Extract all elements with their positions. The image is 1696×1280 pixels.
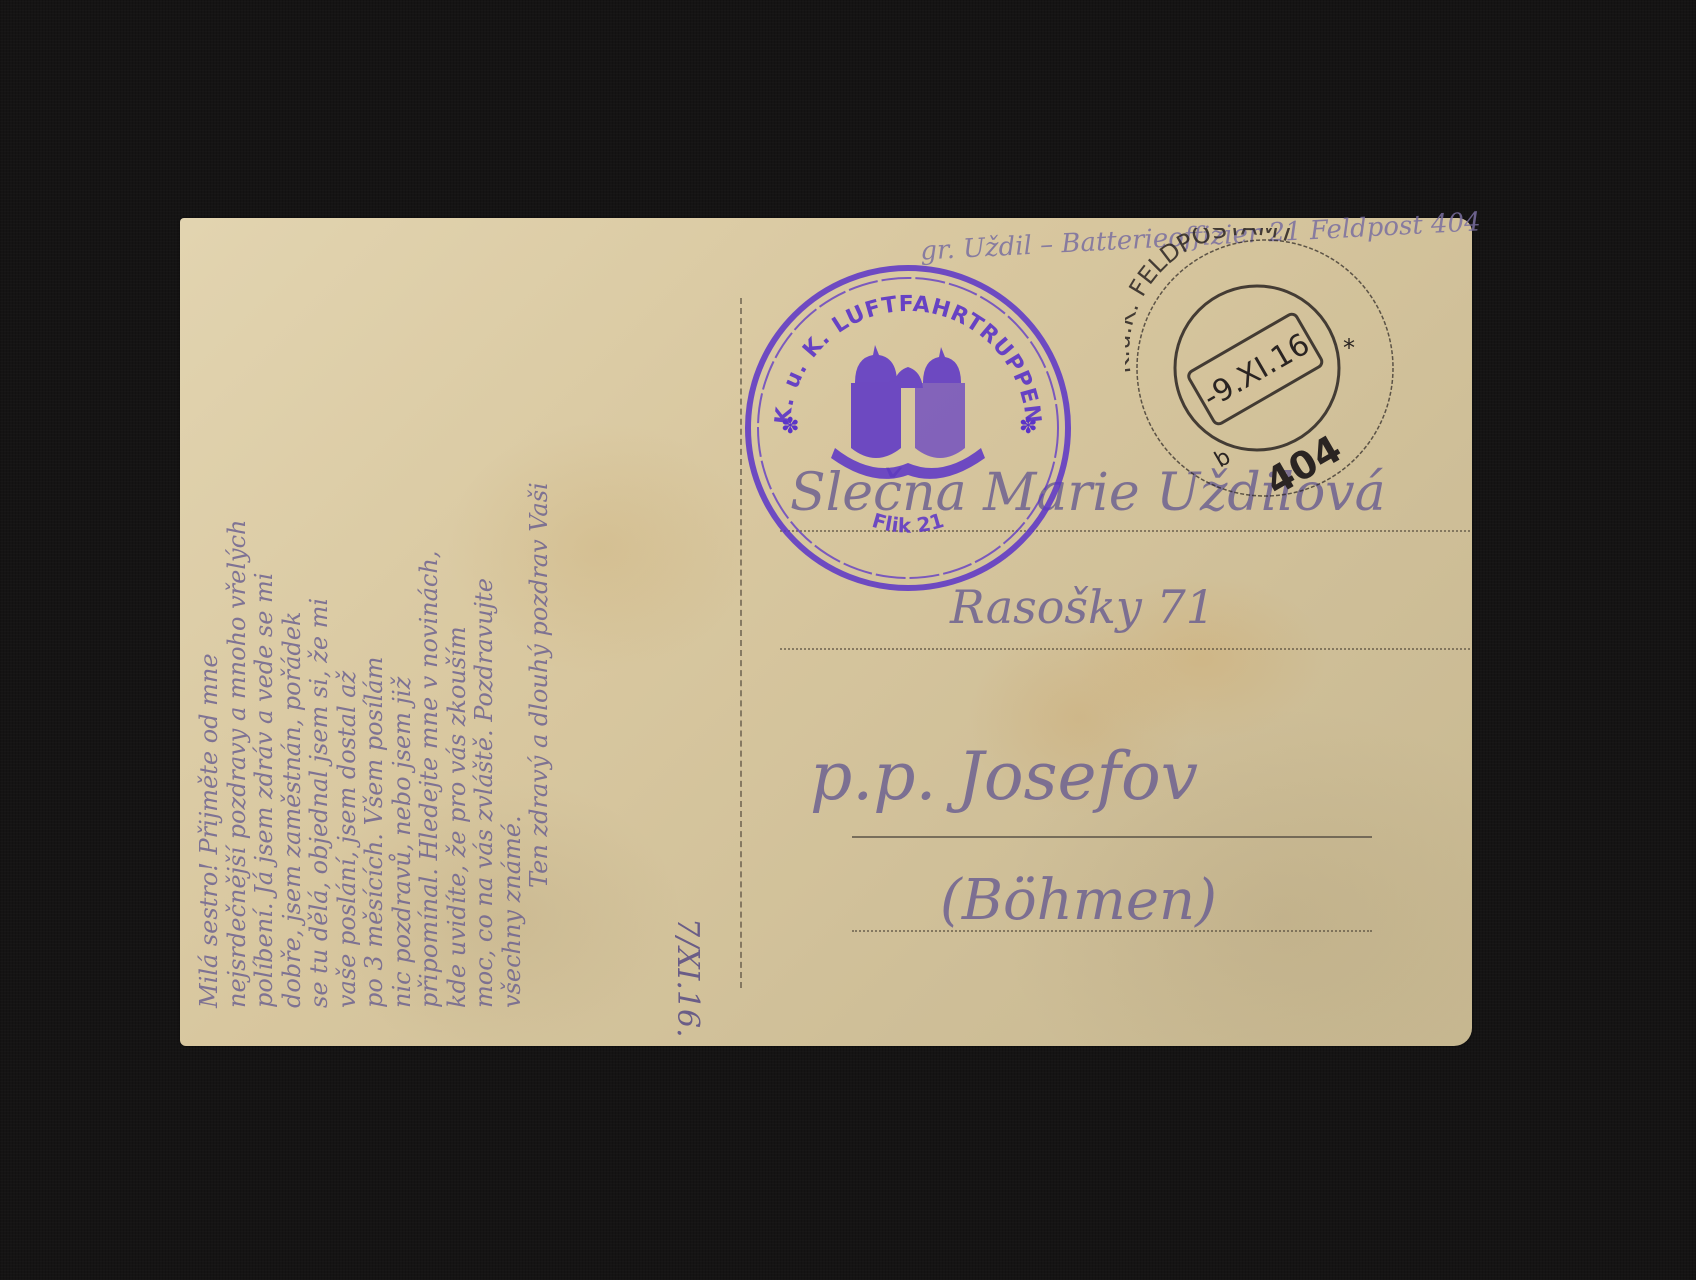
message-line: Milá sestro! Přijměte od mne: [196, 248, 224, 1008]
address-region: (Böhmen): [940, 868, 1217, 933]
vertical-divider: [740, 298, 742, 988]
star-icon: ✽: [781, 414, 799, 439]
address-town: p.p. Josefov: [810, 738, 1198, 815]
coat-of-arms-icon: [831, 345, 985, 479]
message-line: Ten zdravý a dlouhý pozdrav Vaši: [526, 248, 554, 1008]
message-line: připomínal. Hledejte mne v novinách,: [416, 248, 444, 1008]
message-line: dobře, jsem zaměstnán, pořádek: [279, 248, 307, 1008]
postcard: Milá sestro! Přijměte od mne nejsrdečněj…: [180, 218, 1472, 1046]
message-line: vaše poslání, jsem dostal až: [334, 248, 362, 1008]
svg-text:b: b: [1211, 445, 1236, 474]
luftfahrtruppen-stamp: K. u. K. LUFTFAHRTRUPPEN Flik 21 ✽ ✽: [743, 263, 1073, 593]
address-line-2: [780, 648, 1470, 650]
handwritten-message: Milá sestro! Přijměte od mne nejsrdečněj…: [196, 248, 716, 1008]
message-line: všechny známé.: [499, 248, 527, 1008]
address-line-3: [852, 836, 1372, 838]
svg-text:Flik 21: Flik 21: [869, 508, 946, 538]
star-icon: ✽: [1019, 414, 1037, 439]
message-line: po 3 měsících. Všem posílám: [361, 248, 389, 1008]
message-line: políbení. Já jsem zdráv a vede se mi: [251, 248, 279, 1008]
svg-text:*: *: [1343, 334, 1355, 362]
message-line: nic pozdravů, nebo jsem již: [389, 248, 417, 1008]
svg-text:404: 404: [1258, 427, 1349, 505]
feldpostamt-postmark: K.u.K. FELDPOSTAMT -9.XI.16 404 b *: [1125, 228, 1405, 508]
message-line: se tu dělá, objednal jsem si, že mi: [306, 248, 334, 1008]
message-line: kde uvidíte, že pro vás zkouším: [444, 248, 472, 1008]
written-date: 7/XI.16.: [670, 918, 705, 1038]
message-line: nejsrdečnější pozdravy a mnoho vřelých: [224, 248, 252, 1008]
message-line: moc, co na vás zvláště. Pozdravujte: [471, 248, 499, 1008]
